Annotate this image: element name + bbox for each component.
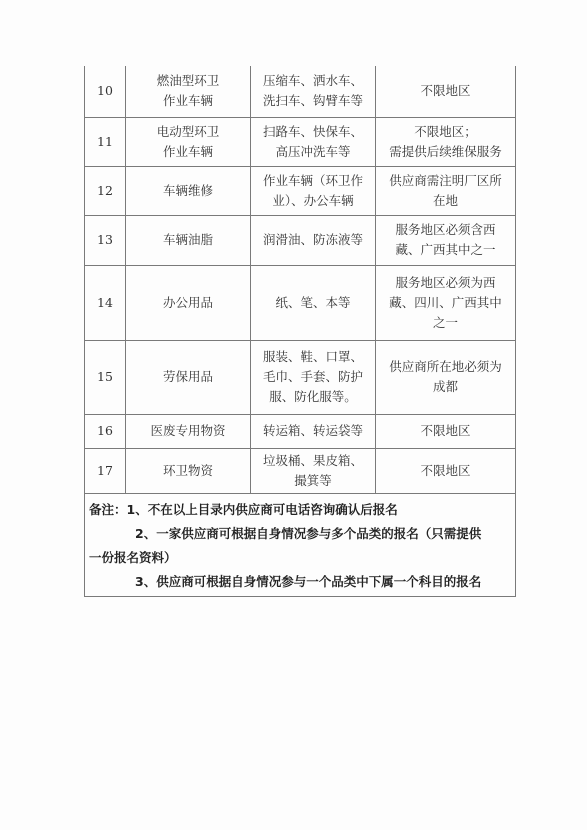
category-cell-line: 车辆维修 — [129, 181, 247, 201]
table-row: 15劳保用品服装、鞋、口罩、毛巾、手套、防护服、防化服等。供应商所在地必须为成都 — [85, 340, 516, 414]
region-cell-line: 供应商所在地必须为 — [379, 357, 512, 377]
region-cell-line: 藏、四川、广西其中 — [379, 293, 512, 313]
region-cell-line: 不限地区 — [379, 81, 512, 101]
items-cell-line: 业）、办公车辆 — [254, 191, 372, 211]
items-cell-line: 毛巾、手套、防护 — [254, 367, 372, 387]
note-3: 3、供应商可根据自身情况参与一个品类中下属一个科目的报名 — [89, 570, 511, 594]
category-cell-line: 环卫物资 — [129, 461, 247, 481]
items-cell-line: 服、防化服等。 — [254, 387, 372, 407]
category-cell: 车辆油脂 — [126, 215, 251, 265]
category-cell: 办公用品 — [126, 265, 251, 340]
items-cell-line: 服装、鞋、口罩、 — [254, 347, 372, 367]
notes-row: 备注：1、不在以上目录内供应商可电话咨询确认后报名 2、一家供应商可根据自身情况… — [85, 493, 516, 596]
region-cell: 服务地区必须为西藏、四川、广西其中之一 — [376, 265, 516, 340]
items-cell: 服装、鞋、口罩、毛巾、手套、防护服、防化服等。 — [251, 340, 376, 414]
category-cell: 医废专用物资 — [126, 414, 251, 448]
region-cell-line: 不限地区 — [379, 421, 512, 441]
category-cell-line: 车辆油脂 — [129, 230, 247, 250]
category-cell: 车辆维修 — [126, 166, 251, 215]
region-cell-line: 服务地区必须为西 — [379, 273, 512, 293]
items-cell: 润滑油、防冻液等 — [251, 215, 376, 265]
category-cell-line: 电动型环卫 — [129, 122, 247, 142]
items-cell-line: 作业车辆（环卫作 — [254, 171, 372, 191]
region-cell-line: 需提供后续维保服务 — [379, 142, 512, 162]
items-cell: 压缩车、洒水车、洗扫车、钩臂车等 — [251, 66, 376, 117]
category-cell: 燃油型环卫作业车辆 — [126, 66, 251, 117]
region-cell-line: 成都 — [379, 377, 512, 397]
category-cell-line: 作业车辆 — [129, 91, 247, 111]
category-cell-line: 作业车辆 — [129, 142, 247, 162]
items-cell-line: 垃圾桶、果皮箱、 — [254, 451, 372, 471]
category-cell-line: 办公用品 — [129, 293, 247, 313]
region-cell: 不限地区 — [376, 448, 516, 493]
notes-cell: 备注：1、不在以上目录内供应商可电话咨询确认后报名 2、一家供应商可根据自身情况… — [85, 493, 516, 596]
items-cell: 转运箱、转运袋等 — [251, 414, 376, 448]
table-row: 16医废专用物资转运箱、转运袋等不限地区 — [85, 414, 516, 448]
category-cell: 环卫物资 — [126, 448, 251, 493]
region-cell: 供应商需注明厂区所在地 — [376, 166, 516, 215]
category-cell-line: 燃油型环卫 — [129, 71, 247, 91]
items-cell: 纸、笔、本等 — [251, 265, 376, 340]
items-cell-line: 转运箱、转运袋等 — [254, 421, 372, 441]
category-cell-line: 劳保用品 — [129, 367, 247, 387]
row-number: 16 — [85, 414, 126, 448]
items-cell-line: 撮箕等 — [254, 471, 372, 491]
region-cell-line: 藏、广西其中之一 — [379, 240, 512, 260]
region-cell-line: 不限地区 — [379, 461, 512, 481]
region-cell-line: 供应商需注明厂区所 — [379, 171, 512, 191]
table-row: 13车辆油脂润滑油、防冻液等服务地区必须含西藏、广西其中之一 — [85, 215, 516, 265]
items-cell: 垃圾桶、果皮箱、撮箕等 — [251, 448, 376, 493]
items-cell-line: 纸、笔、本等 — [254, 293, 372, 313]
row-number: 10 — [85, 66, 126, 117]
region-cell-line: 不限地区； — [379, 122, 512, 142]
category-cell: 劳保用品 — [126, 340, 251, 414]
row-number: 17 — [85, 448, 126, 493]
table-row: 10燃油型环卫作业车辆压缩车、洒水车、洗扫车、钩臂车等不限地区 — [85, 66, 516, 117]
region-cell: 不限地区 — [376, 414, 516, 448]
region-cell-line: 之一 — [379, 313, 512, 333]
region-cell: 不限地区；需提供后续维保服务 — [376, 117, 516, 166]
items-cell: 扫路车、快保车、高压冲洗车等 — [251, 117, 376, 166]
region-cell: 不限地区 — [376, 66, 516, 117]
items-cell: 作业车辆（环卫作业）、办公车辆 — [251, 166, 376, 215]
items-cell-line: 高压冲洗车等 — [254, 142, 372, 162]
region-cell-line: 在地 — [379, 191, 512, 211]
table-row: 11电动型环卫作业车辆扫路车、快保车、高压冲洗车等不限地区；需提供后续维保服务 — [85, 117, 516, 166]
table-row: 14办公用品纸、笔、本等服务地区必须为西藏、四川、广西其中之一 — [85, 265, 516, 340]
table-row: 17环卫物资垃圾桶、果皮箱、撮箕等不限地区 — [85, 448, 516, 493]
row-number: 13 — [85, 215, 126, 265]
table-row: 12车辆维修作业车辆（环卫作业）、办公车辆供应商需注明厂区所在地 — [85, 166, 516, 215]
items-cell-line: 洗扫车、钩臂车等 — [254, 91, 372, 111]
category-cell-line: 医废专用物资 — [129, 421, 247, 441]
document-page: 10燃油型环卫作业车辆压缩车、洒水车、洗扫车、钩臂车等不限地区11电动型环卫作业… — [0, 0, 587, 830]
note-2-continued: 一份报名资料） — [89, 546, 511, 570]
region-cell: 供应商所在地必须为成都 — [376, 340, 516, 414]
supplier-category-table: 10燃油型环卫作业车辆压缩车、洒水车、洗扫车、钩臂车等不限地区11电动型环卫作业… — [84, 66, 516, 597]
items-cell-line: 润滑油、防冻液等 — [254, 230, 372, 250]
note-2: 2、一家供应商可根据自身情况参与多个品类的报名（只需提供 — [89, 522, 511, 546]
row-number: 12 — [85, 166, 126, 215]
items-cell-line: 扫路车、快保车、 — [254, 122, 372, 142]
row-number: 15 — [85, 340, 126, 414]
region-cell: 服务地区必须含西藏、广西其中之一 — [376, 215, 516, 265]
note-1: 备注：1、不在以上目录内供应商可电话咨询确认后报名 — [89, 498, 511, 522]
items-cell-line: 压缩车、洒水车、 — [254, 71, 372, 91]
row-number: 11 — [85, 117, 126, 166]
region-cell-line: 服务地区必须含西 — [379, 220, 512, 240]
category-cell: 电动型环卫作业车辆 — [126, 117, 251, 166]
row-number: 14 — [85, 265, 126, 340]
